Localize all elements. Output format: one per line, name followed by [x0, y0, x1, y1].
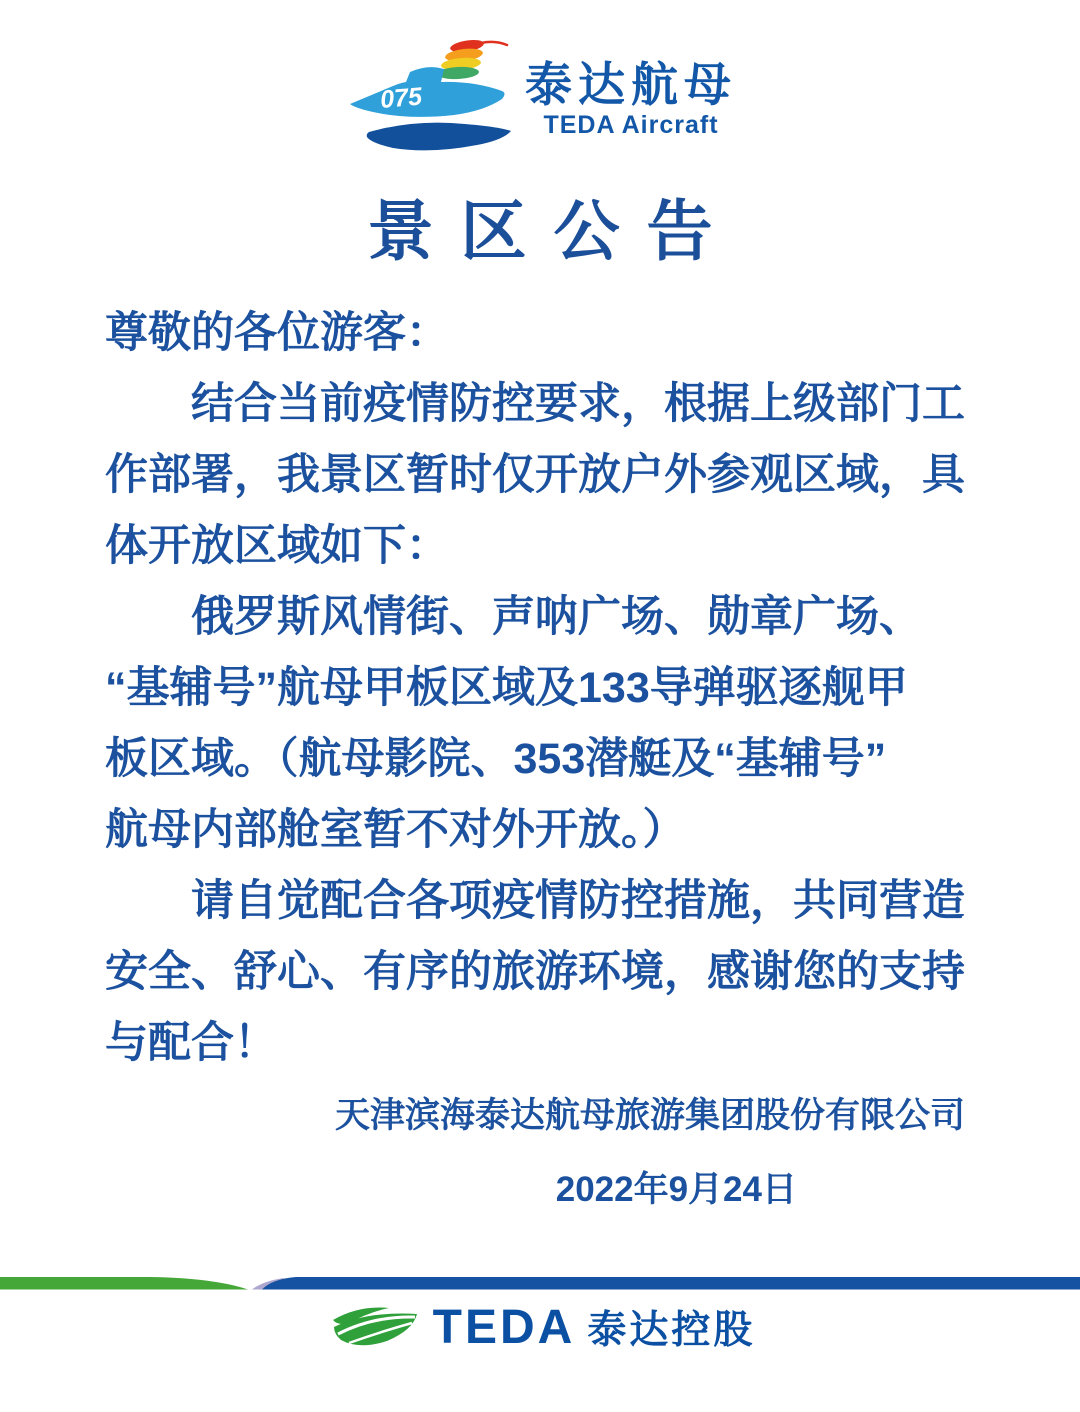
body-line: 体开放区域如下：	[105, 511, 977, 582]
signature-company: 天津滨海泰达航母旅游集团股份有限公司	[105, 1096, 965, 1136]
body-line: “基辅号”航母甲板区域及133导弹驱逐舰甲	[105, 653, 977, 724]
body-line: 尊敬的各位游客：	[105, 298, 977, 369]
body-line: 请自觉配合各项疫情防控措施，共同营造	[105, 866, 977, 937]
body-line: 板区域。（航母影院、353潜艇及“基辅号”	[105, 724, 977, 795]
body-line: 俄罗斯风情街、声呐广场、勋章广场、	[105, 582, 977, 653]
page-title: 景区公告	[0, 196, 1080, 267]
body-line: 作部署，我景区暂时仅开放户外参观区域，具	[105, 440, 977, 511]
body-line: 航母内部舱室暂不对外开放。）	[105, 795, 977, 866]
footer-divider-bar	[0, 1276, 1080, 1291]
footer-logo-text-cn: 泰达控股	[587, 1311, 755, 1350]
brand-text: 泰达航母 TEDA Aircraft	[525, 60, 737, 140]
body-line: 安全、舒心、有序的旅游环境，感谢您的支持	[105, 937, 977, 1008]
footer-logo: TEDA 泰达控股	[0, 1300, 1080, 1356]
brand-name-cn: 泰达航母	[525, 60, 737, 109]
brand-name-en: TEDA Aircraft	[543, 112, 718, 140]
footer-logo-text-en: TEDA	[433, 1304, 576, 1352]
announcement-body: 尊敬的各位游客： 结合当前疫情防控要求，根据上级部门工 作部署，我景区暂时仅开放…	[105, 298, 977, 1079]
body-line: 结合当前疫情防控要求，根据上级部门工	[105, 369, 977, 440]
body-line: 与配合！	[105, 1008, 977, 1079]
ship-075-icon: 075	[343, 38, 521, 156]
teda-leaf-icon	[325, 1303, 421, 1353]
header-brand: 075 泰达航母 TEDA Aircraft	[0, 38, 1080, 156]
signature-date: 2022年9月24日	[105, 1170, 965, 1210]
ship-number: 075	[379, 82, 424, 114]
announcement-page: 075 泰达航母 TEDA Aircraft 景区公告 尊敬的各位游客： 结合当…	[0, 0, 1080, 1412]
